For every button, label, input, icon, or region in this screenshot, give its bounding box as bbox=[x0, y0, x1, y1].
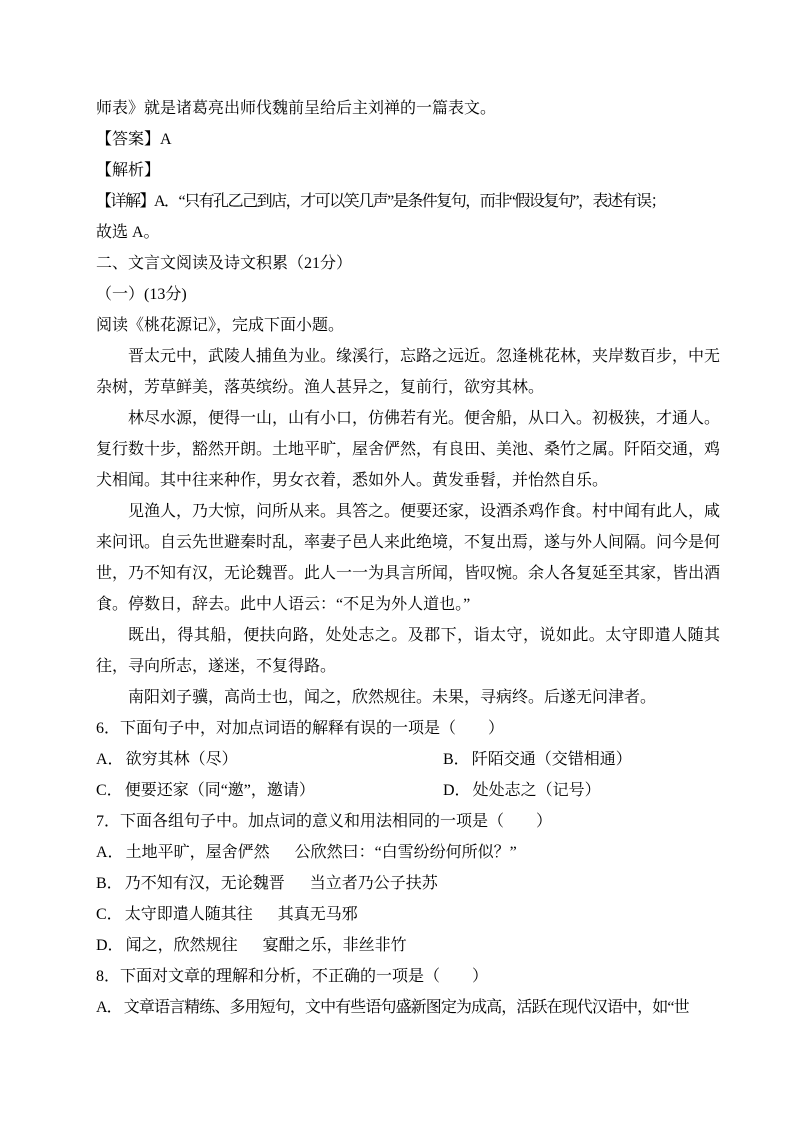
question-7-option-d: D．闻之，欣然规往宴酣之乐，非丝非竹 bbox=[96, 930, 720, 961]
passage-paragraph-1: 晋太元中，武陵人捕鱼为业。缘溪行，忘路之远近。忽逢桃花林，夹岸数百步，中无杂树，… bbox=[96, 341, 720, 403]
passage-paragraph-3: 见渔人，乃大惊，问所从来。具答之。便要还家，设酒杀鸡作食。村中闻有此人，咸来问讯… bbox=[96, 496, 720, 620]
option-sentence-1: 土地平旷，屋舍俨然 bbox=[126, 844, 270, 861]
option-sentence-1: 闻之，欣然规往 bbox=[126, 937, 238, 954]
option-sentence-2: 当立者乃公子扶苏 bbox=[310, 875, 438, 892]
question-8-stem: 8．下面对文章的理解和分析，不正确的一项是（ ） bbox=[96, 961, 720, 992]
conclusion-line: 故选 A。 bbox=[96, 217, 720, 248]
option-sentence-2: 公欣然曰：“白雪纷纷何所似？” bbox=[295, 844, 517, 861]
answer-line: 【答案】A bbox=[96, 124, 720, 155]
option-label: A． bbox=[96, 999, 122, 1016]
passage-paragraph-2: 林尽水源，便得一山，山有小口，仿佛若有光。便舍船，从口入。初极狭，才通人。复行数… bbox=[96, 403, 720, 496]
option-text: 文章语言精练、多用短句，文中有些语句盛新图定为成高，活跃在现代汉语中，如“世 bbox=[124, 999, 689, 1016]
document-page: 师表》就是诸葛亮出师伐魏前呈给后主刘禅的一篇表文。 【答案】A 【解析】 【详解… bbox=[0, 0, 794, 1123]
option-label: D． bbox=[443, 782, 471, 799]
option-sentence-2: 其真无马邪 bbox=[278, 906, 358, 923]
section-subheading: （一）(13分) bbox=[96, 279, 720, 310]
option-text: 处处志之（记号） bbox=[473, 782, 601, 799]
option-text: 阡陌交通（交错相通） bbox=[472, 751, 632, 768]
option-label: C． bbox=[96, 906, 123, 923]
page-content: 师表》就是诸葛亮出师伐魏前呈给后主刘禅的一篇表文。 【答案】A 【解析】 【详解… bbox=[96, 93, 720, 1023]
passage-paragraph-5: 南阳刘子骥，高尚士也，闻之，欣然规往。未果，寻病终。后遂无问津者。 bbox=[96, 682, 720, 713]
detail-explanation: 【详解】A．“只有孔乙己到店，才可以笑几声”是条件复句，而非“假设复句”，表述有… bbox=[96, 186, 720, 217]
question-6-option-a: A．欲穷其林（尽） bbox=[96, 744, 443, 775]
option-label: A． bbox=[96, 751, 124, 768]
question-7-stem: 7．下面各组句子中。加点词的意义和用法相同的一项是（ ） bbox=[96, 806, 720, 837]
question-7-option-b: B．乃不知有汉，无论魏晋当立者乃公子扶苏 bbox=[96, 868, 720, 899]
option-label: C． bbox=[96, 782, 123, 799]
passage-paragraph-4: 既出，得其船，便扶向路，处处志之。及郡下，诣太守，说如此。太守即遣人随其往，寻向… bbox=[96, 620, 720, 682]
question-8-option-a: A．文章语言精练、多用短句，文中有些语句盛新图定为成高，活跃在现代汉语中，如“世 bbox=[96, 992, 720, 1023]
question-7-option-a: A．土地平旷，屋舍俨然公欣然曰：“白雪纷纷何所似？” bbox=[96, 837, 720, 868]
option-label: B． bbox=[96, 875, 123, 892]
option-text: 欲穷其林（尽） bbox=[126, 751, 238, 768]
option-sentence-2: 宴酣之乐，非丝非竹 bbox=[263, 937, 407, 954]
question-7-options: A．土地平旷，屋舍俨然公欣然曰：“白雪纷纷何所似？” B．乃不知有汉，无论魏晋当… bbox=[96, 837, 720, 961]
reading-instruction: 阅读《桃花源记》，完成下面小题。 bbox=[96, 310, 720, 341]
option-label: B． bbox=[443, 751, 470, 768]
option-label: D． bbox=[96, 937, 124, 954]
analysis-label: 【解析】 bbox=[96, 155, 720, 186]
question-6-options: A．欲穷其林（尽） B．阡陌交通（交错相通） C．便要还家（同“邀”，邀请） D… bbox=[96, 744, 720, 806]
question-6-option-c: C．便要还家（同“邀”，邀请） bbox=[96, 775, 443, 806]
question-6-option-b: B．阡陌交通（交错相通） bbox=[443, 744, 720, 775]
carryover-text: 师表》就是诸葛亮出师伐魏前呈给后主刘禅的一篇表文。 bbox=[96, 93, 720, 124]
option-label: A． bbox=[96, 844, 124, 861]
option-sentence-1: 乃不知有汉，无论魏晋 bbox=[125, 875, 285, 892]
question-6-option-d: D．处处志之（记号） bbox=[443, 775, 720, 806]
section-heading: 二、文言文阅读及诗文积累（21分） bbox=[96, 248, 720, 279]
option-sentence-1: 太守即遣人随其往 bbox=[125, 906, 253, 923]
question-6-stem: 6．下面句子中，对加点词语的解释有误的一项是（ ） bbox=[96, 713, 720, 744]
option-text: 便要还家（同“邀”，邀请） bbox=[125, 782, 315, 799]
question-7-option-c: C．太守即遣人随其往其真无马邪 bbox=[96, 899, 720, 930]
